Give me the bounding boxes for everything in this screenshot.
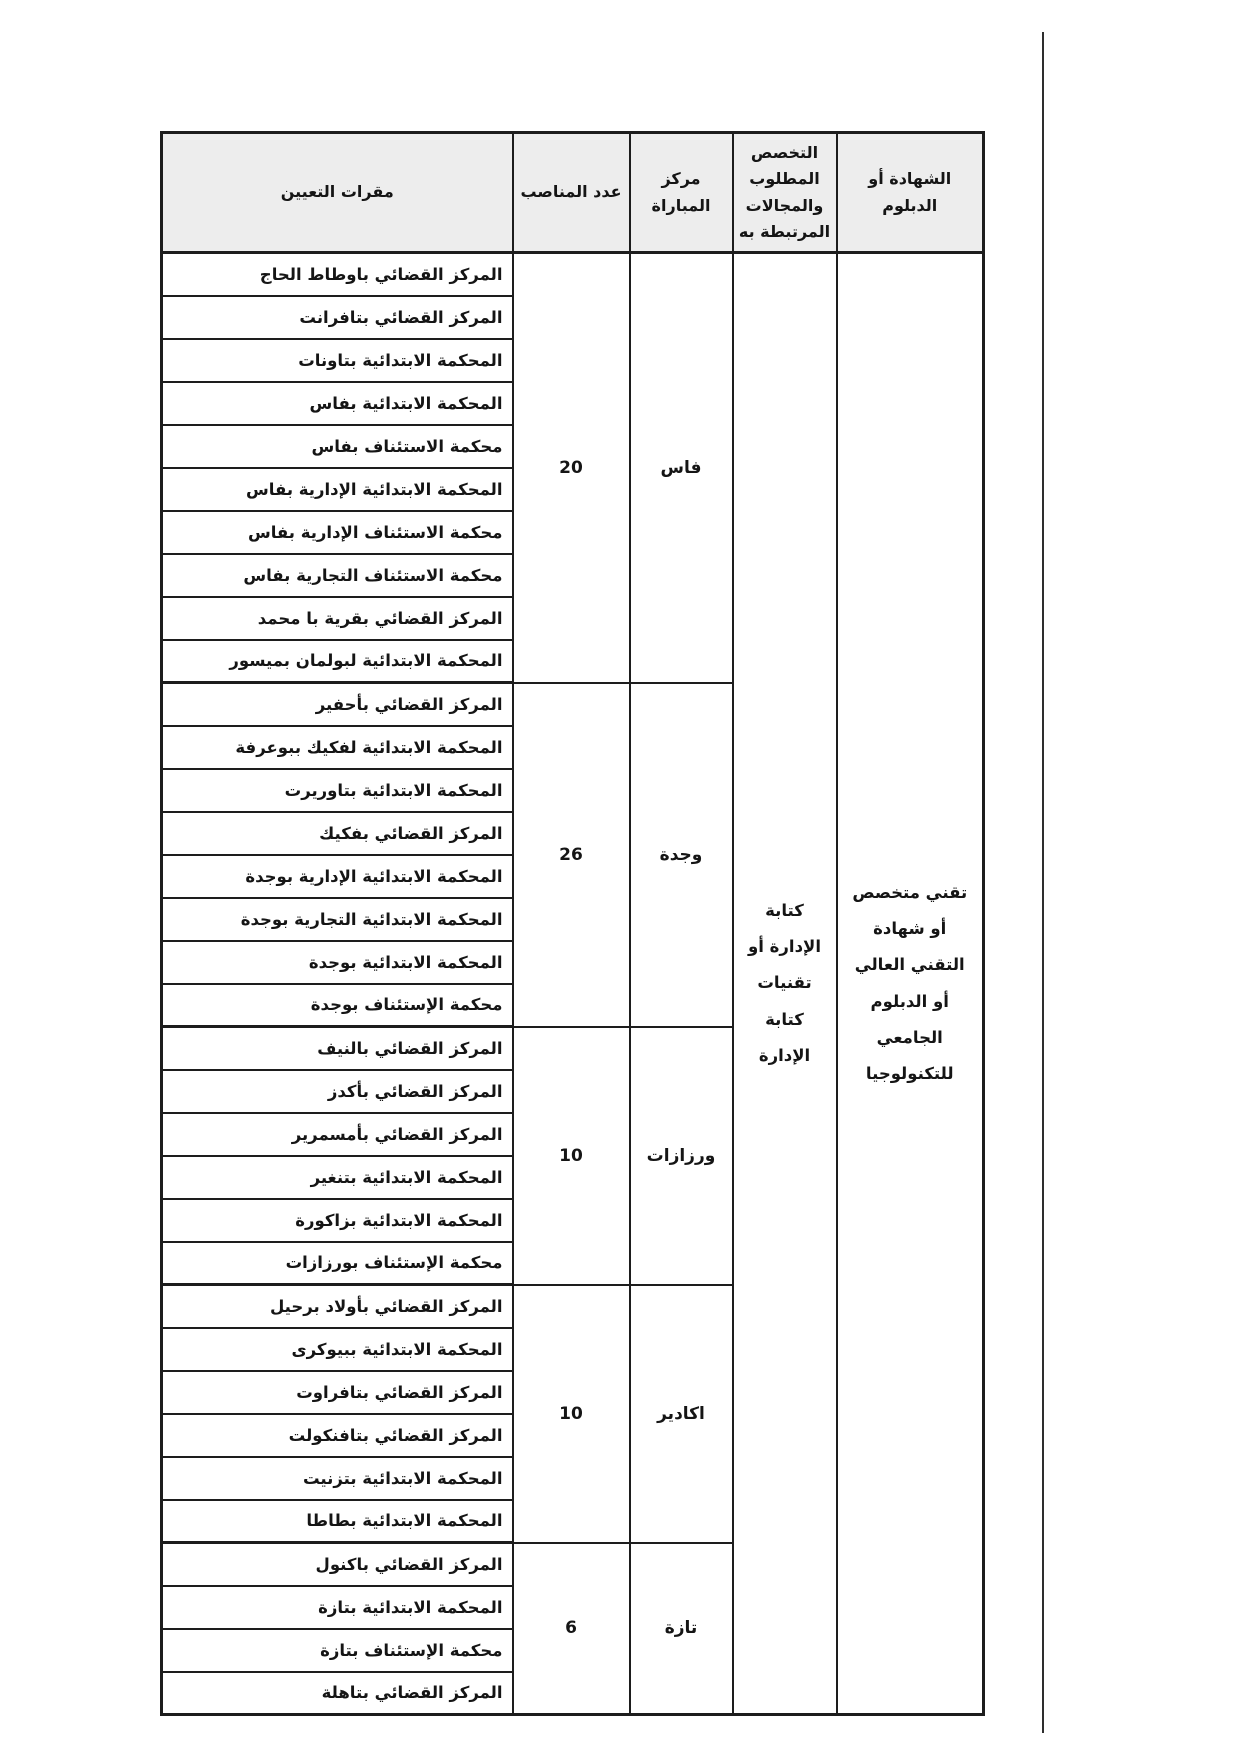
assignment-location-cell: المركز القضائي باكنول <box>162 1543 513 1586</box>
assignment-location-cell: محكمة الاستئناف الإدارية بفاس <box>162 511 513 554</box>
header-specialization: التخصص المطلوب والمجالات المرتبطة به <box>733 133 837 253</box>
assignment-location-cell: محكمة الإستئناف بتازة <box>162 1629 513 1672</box>
header-positions-count: عدد المناصب <box>513 133 630 253</box>
table-header: الشهادة أو الدبلوم التخصص المطلوب والمجا… <box>162 133 984 253</box>
assignment-location-cell: المركز القضائي بأولاد برحيل <box>162 1285 513 1328</box>
recruitment-positions-table: الشهادة أو الدبلوم التخصص المطلوب والمجا… <box>160 131 985 1716</box>
assignment-location-cell: المركز القضائي بتافرانت <box>162 296 513 339</box>
exam-center-cell: وجدة <box>630 683 733 1027</box>
positions-count-cell: 10 <box>513 1027 630 1285</box>
assignment-location-cell: المحكمة الابتدائية بتاونات <box>162 339 513 382</box>
header-row: الشهادة أو الدبلوم التخصص المطلوب والمجا… <box>162 133 984 253</box>
header-certificate: الشهادة أو الدبلوم <box>837 133 984 253</box>
positions-count-cell: 6 <box>513 1543 630 1715</box>
assignment-location-cell: المركز القضائي بأحفير <box>162 683 513 726</box>
assignment-location-cell: محكمة الاستئناف التجارية بفاس <box>162 554 513 597</box>
assignment-location-cell: المحكمة الابتدائية لفكيك ببوعرفة <box>162 726 513 769</box>
assignment-location-cell: المركز القضائي بتافنكولت <box>162 1414 513 1457</box>
positions-count-cell: 26 <box>513 683 630 1027</box>
assignment-location-cell: المركز القضائي بالنيف <box>162 1027 513 1070</box>
assignment-location-cell: المحكمة الابتدائية بوجدة <box>162 941 513 984</box>
specialization-cell: كتابة الإدارة أو تقنيات كتابة الإدارة <box>733 253 837 1715</box>
scan-artifact-line <box>1042 32 1044 1733</box>
assignment-location-cell: المحكمة الابتدائية ببيوكرى <box>162 1328 513 1371</box>
positions-count-cell: 20 <box>513 253 630 683</box>
exam-center-cell: ورزازات <box>630 1027 733 1285</box>
assignment-location-cell: المحكمة الابتدائية الإدارية بفاس <box>162 468 513 511</box>
exam-center-cell: اكادير <box>630 1285 733 1543</box>
header-exam-center: مركز المباراة <box>630 133 733 253</box>
assignment-location-cell: المحكمة الابتدائية بطاطا <box>162 1500 513 1543</box>
assignment-location-cell: المركز القضائي بأمسمرير <box>162 1113 513 1156</box>
assignment-location-cell: المركز القضائي بتاهلة <box>162 1672 513 1715</box>
assignment-location-cell: المحكمة الابتدائية بتزنيت <box>162 1457 513 1500</box>
assignment-location-cell: المركز القضائي باوطاط الحاج <box>162 253 513 296</box>
positions-count-cell: 10 <box>513 1285 630 1543</box>
table-row: تقني متخصص أو شهادة التقني العالي أو الد… <box>162 253 984 296</box>
exam-center-cell: تازة <box>630 1543 733 1715</box>
assignment-location-cell: محكمة الإستئناف بوجدة <box>162 984 513 1027</box>
assignment-location-cell: المحكمة الابتدائية بتازة <box>162 1586 513 1629</box>
assignment-location-cell: المركز القضائي بأكدز <box>162 1070 513 1113</box>
assignment-location-cell: المحكمة الابتدائية بفاس <box>162 382 513 425</box>
assignment-location-cell: المحكمة الابتدائية الإدارية بوجدة <box>162 855 513 898</box>
assignment-location-cell: المحكمة الابتدائية التجارية بوجدة <box>162 898 513 941</box>
assignment-location-cell: المركز القضائي بتافراوت <box>162 1371 513 1414</box>
assignment-location-cell: المحكمة الابتدائية لبولمان بميسور <box>162 640 513 683</box>
assignment-location-cell: المركز القضائي بفكيك <box>162 812 513 855</box>
table-body: تقني متخصص أو شهادة التقني العالي أو الد… <box>162 253 984 1715</box>
scanned-document-page: الشهادة أو الدبلوم التخصص المطلوب والمجا… <box>0 0 1240 1754</box>
assignment-location-cell: المحكمة الابتدائية بتاوريرت <box>162 769 513 812</box>
assignment-location-cell: المركز القضائي بقرية با محمد <box>162 597 513 640</box>
header-assignment-locations: مقرات التعيين <box>162 133 513 253</box>
certificate-cell: تقني متخصص أو شهادة التقني العالي أو الد… <box>837 253 984 1715</box>
exam-center-cell: فاس <box>630 253 733 683</box>
assignment-location-cell: المحكمة الابتدائية بزاكورة <box>162 1199 513 1242</box>
assignment-location-cell: محكمة الاستئناف بفاس <box>162 425 513 468</box>
assignment-location-cell: المحكمة الابتدائية بتنغير <box>162 1156 513 1199</box>
assignment-location-cell: محكمة الإستئناف بورزازات <box>162 1242 513 1285</box>
